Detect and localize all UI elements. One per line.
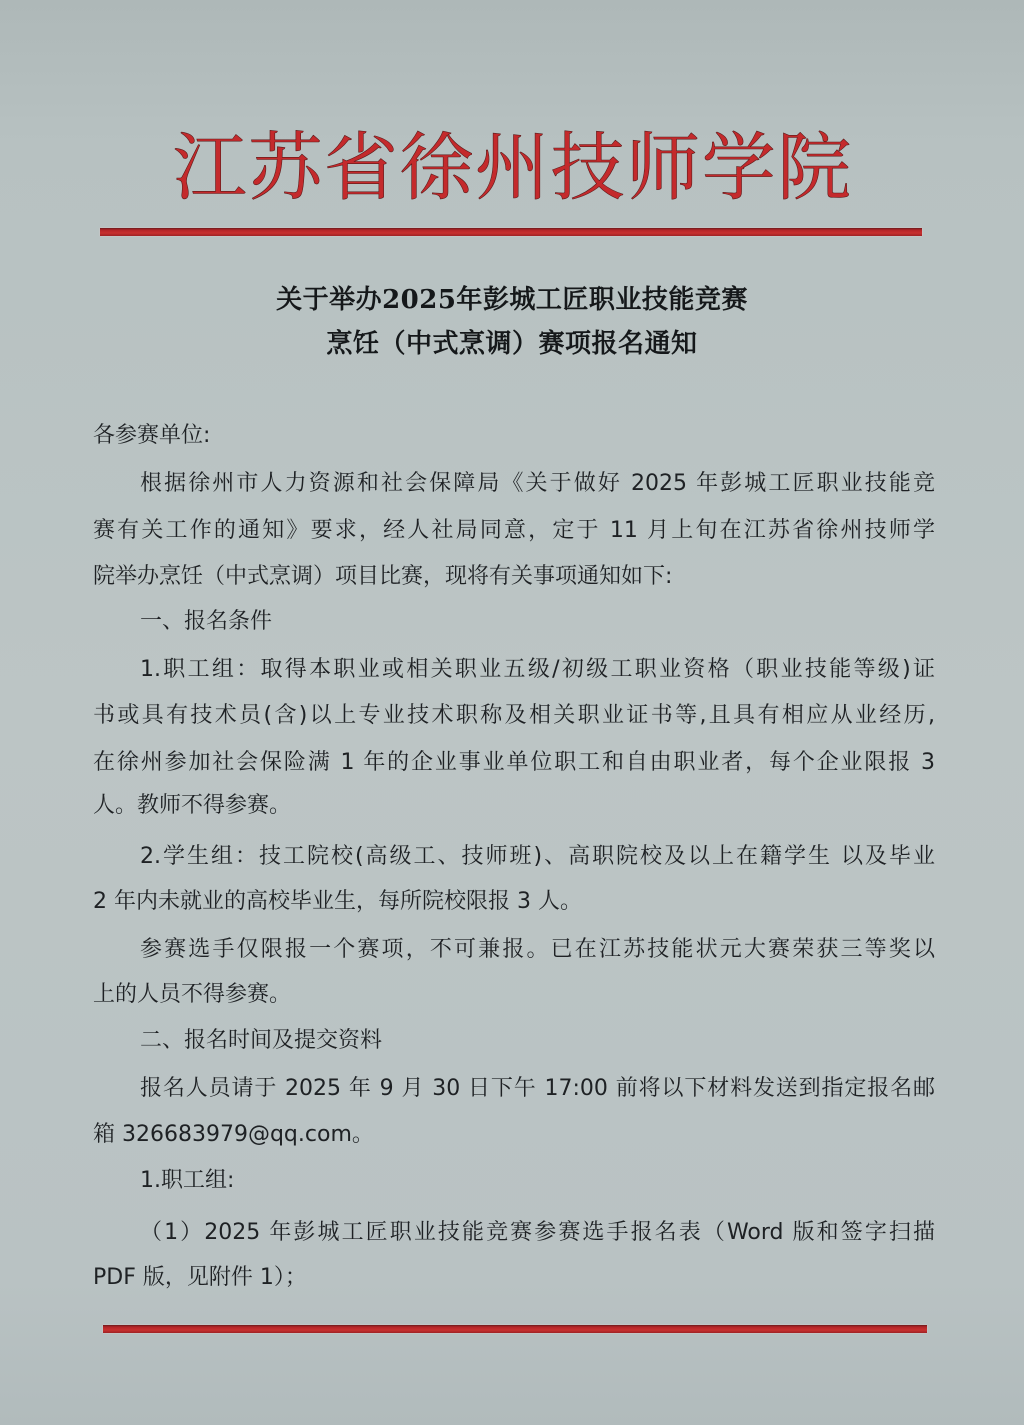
deadline-line-email: 箱 326683979@qq.com。 [93,1120,935,1150]
document-title-line-1: 关于举办2025年彭城工匠职业技能竞赛 [0,279,1024,316]
section-1-item-1-line: 书或具有技术员(含)以上专业技术职称及相关职业证书等,且具有相应从业经历, [93,701,935,731]
intro-line: 根据徐州市人力资源和社会保障局《关于做好 2025 年彭城工匠职业技能竞 [140,469,935,499]
section-1-item-1-line: 在徐州参加社会保险满 1 年的企业事业单位职工和自由职业者，每个企业限报 3 [93,748,935,778]
section-1-item-1-line: 1.职工组：取得本职业或相关职业五级/初级工职业资格（职业技能等级)证 [140,655,935,685]
section-1-item-1-line: 人。教师不得参赛。 [93,791,935,821]
institution-name: 江 苏 省 徐 州 技 师 学 院 [172,112,852,212]
section-1-note-line: 参赛选手仅限报一个赛项，不可兼报。已在江苏技能状元大赛荣获三等奖以 [140,935,935,965]
group-1-item-1-line: PDF 版，见附件 1）； [93,1263,935,1293]
institution-char: 学 [701,109,777,215]
footer-red-divider [103,1325,927,1333]
institution-char: 技 [550,109,626,215]
intro-line: 院举办烹饪（中式烹调）项目比赛，现将有关事项通知如下: [93,562,935,592]
institution-char: 院 [777,109,853,215]
institution-char: 州 [474,109,550,215]
institution-char: 江 [172,109,248,215]
document-title-line-2: 烹饪（中式烹调）赛项报名通知 [0,323,1024,360]
institution-char: 苏 [248,109,324,215]
section-1-item-2-line: 2 年内未就业的高校毕业生，每所院校限报 3 人。 [93,887,935,917]
section-2-heading: 二、报名时间及提交资料 [140,1026,935,1056]
institution-char: 师 [625,109,701,215]
section-1-item-2-line: 2.学生组：技工院校(高级工、技师班)、高职院校及以上在籍学生 以及毕业 [140,842,935,872]
salutation: 各参赛单位: [93,421,935,451]
letterhead-red-divider [100,228,922,236]
institution-char: 省 [323,109,399,215]
section-1-note-line: 上的人员不得参赛。 [93,980,935,1010]
section-1-heading: 一、报名条件 [140,607,935,637]
group-1-item-1-line: （1）2025 年彭城工匠职业技能竞赛参赛选手报名表（Word 版和签字扫描 [140,1218,935,1248]
intro-line: 赛有关工作的通知》要求，经人社局同意，定于 11 月上旬在江苏省徐州技师学 [93,516,935,546]
deadline-line: 报名人员请于 2025 年 9 月 30 日下午 17:00 前将以下材料发送到… [140,1074,935,1104]
institution-char: 徐 [399,109,475,215]
group-1-label: 1.职工组: [140,1166,935,1196]
